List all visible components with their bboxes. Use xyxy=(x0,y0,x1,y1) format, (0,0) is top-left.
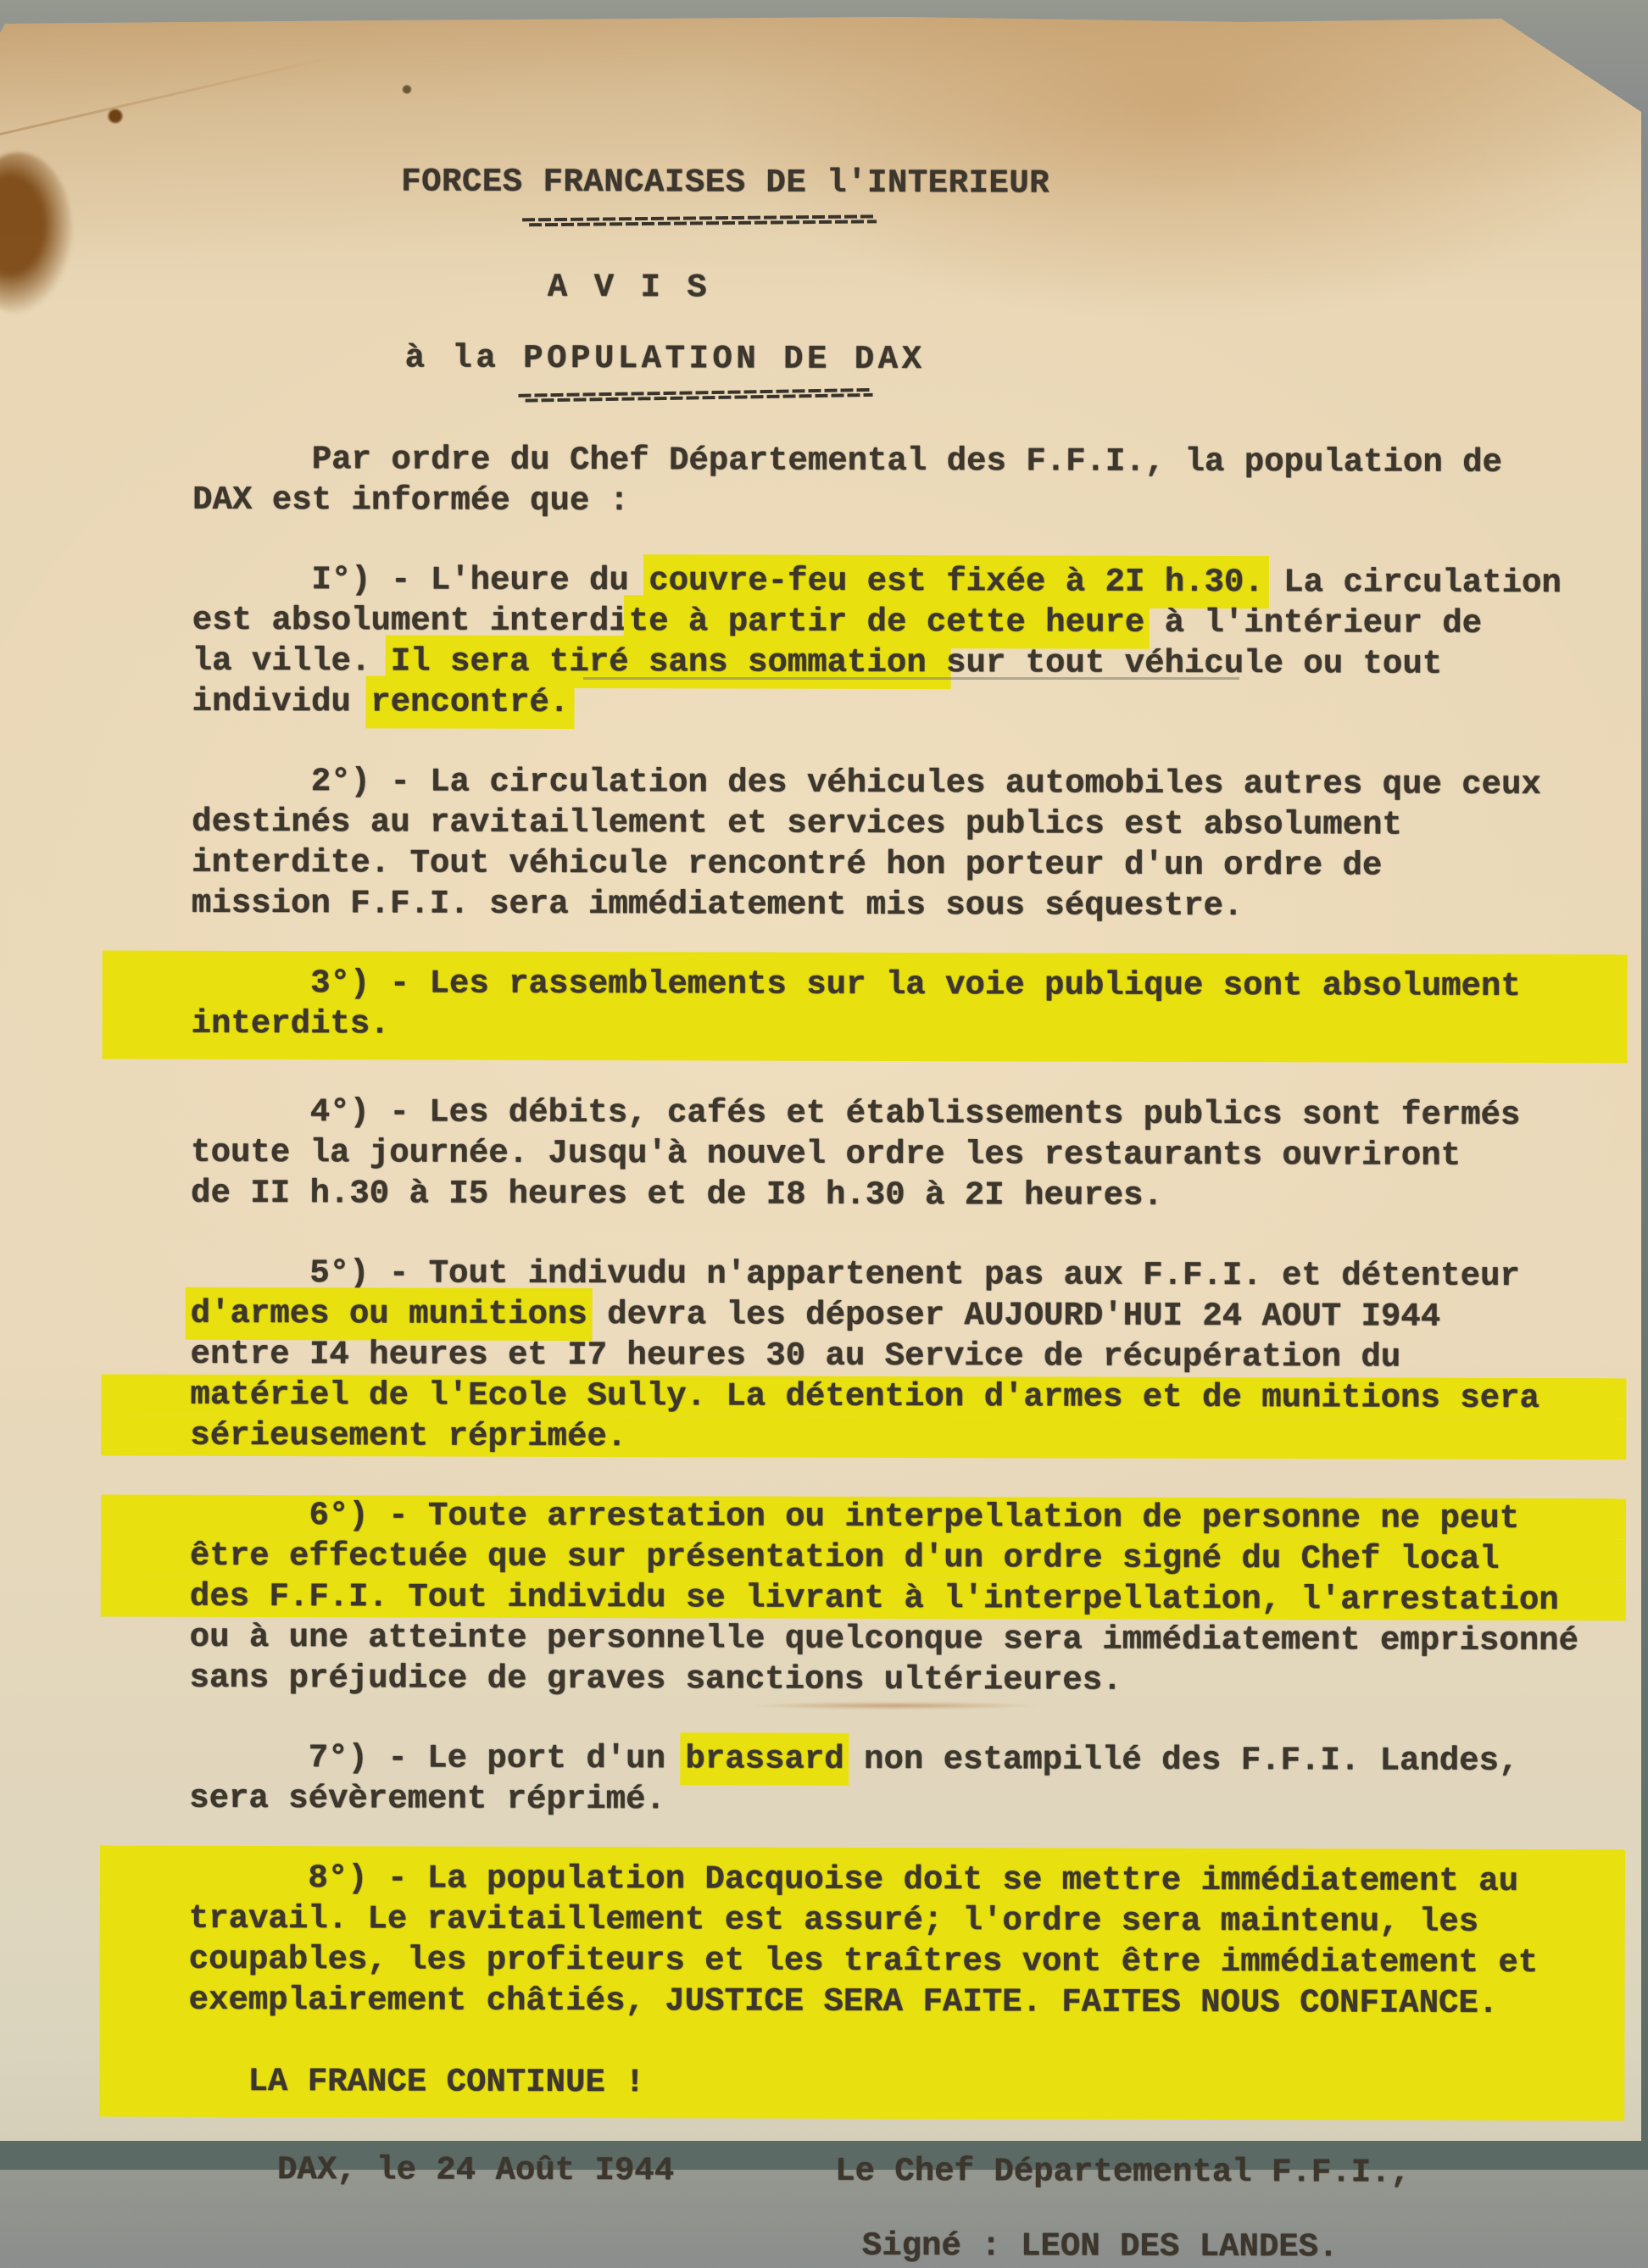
text-segment: La circulation xyxy=(1264,564,1562,602)
text-segment: 2°) - La circulation des véhicules autom… xyxy=(192,763,1541,803)
text-segment: interdits. xyxy=(192,1005,390,1043)
text-segment: travail. Le ravitaillement est assuré; l… xyxy=(189,1900,1478,1941)
notice-title: A V I S xyxy=(548,267,1619,310)
text-segment: I°) - L'heure du xyxy=(192,561,649,599)
smear-artifact xyxy=(746,1702,1043,1709)
text-line: destinés au ravitaillement et services p… xyxy=(192,802,1617,846)
text-segment: sera sévèrement réprimé. xyxy=(189,1780,665,1818)
text-line: travail. Le ravitaillement est assuré; l… xyxy=(189,1898,1615,1943)
text-segment: 4°) - Les débits, cafés et établissement… xyxy=(191,1093,1520,1134)
text-line: coupables, les profiteurs et les traître… xyxy=(189,1939,1615,1983)
text-segment: coupables, les profiteurs et les traître… xyxy=(189,1941,1539,1982)
text-line: 2°) - La circulation des véhicules autom… xyxy=(192,761,1617,805)
text-line: de II h.30 à I5 heures et de I8 h.30 à 2… xyxy=(191,1173,1617,1217)
text-line: sérieusement réprimée. xyxy=(101,1415,1626,1460)
footer-row: DAX, le 24 Août I944 Le Chef Département… xyxy=(188,2149,1614,2170)
intro-paragraph: Par ordre du Chef Départemental des F.F.… xyxy=(192,439,1618,524)
text-segment: est absolument interdi xyxy=(192,602,629,640)
item-4-etablissements: 4°) - Les débits, cafés et établissement… xyxy=(191,1092,1617,1217)
text-segment: des F.F.I. Tout individu se livrant à l'… xyxy=(190,1578,1559,1619)
text-segment: 6°) - Toute arrestation ou interpellatio… xyxy=(190,1497,1519,1537)
text-segment: DAX est informée que : xyxy=(192,481,629,520)
spacer xyxy=(192,398,1618,442)
stain-dot-icon xyxy=(107,108,124,124)
text-line: toute la journée. Jusqu'à nouvel ordre l… xyxy=(191,1132,1617,1176)
text-segment: la ville. xyxy=(192,642,391,681)
text-line: mission F.F.I. sera immédiatement mis so… xyxy=(192,883,1617,927)
typed-rule xyxy=(522,214,877,226)
text-line: 7°) - Le port d'un brassard non estampil… xyxy=(189,1737,1615,1782)
text-segment: destinés au ravitaillement et services p… xyxy=(192,803,1402,844)
item-7-brassard: 7°) - Le port d'un brassard non estampil… xyxy=(189,1737,1615,1822)
text-line: 8°) - La population Dacquoise doit se me… xyxy=(189,1858,1615,1902)
text-segment: être effectuée que sur présentation d'un… xyxy=(190,1537,1500,1578)
text-line: exemplairement châtiés, JUSTICE SERA FAI… xyxy=(189,1980,1615,2024)
text-segment: sans préjudice de graves sanctions ultér… xyxy=(190,1659,1122,1699)
text-line: LA FRANCE CONTINUE ! xyxy=(188,2061,1614,2105)
place-date: DAX, le 24 Août I944 xyxy=(277,2149,674,2170)
text-line: être effectuée que sur présentation d'un… xyxy=(101,1536,1626,1581)
text-segment: mission F.F.I. sera immédiatement mis so… xyxy=(192,885,1244,925)
text-line: entre I4 heures et I7 heures 30 au Servi… xyxy=(191,1334,1617,1378)
text-segment: 3°) - Les rassemblements sur la voie pub… xyxy=(192,964,1521,1005)
item-6-arrestations: 6°) - Toute arrestation ou interpellatio… xyxy=(190,1495,1617,1702)
scratch-artifact xyxy=(583,677,1239,680)
item-5-armes: 5°) - Tout indivudu n'appartenent pas au… xyxy=(190,1253,1617,1459)
text-line: interdits. xyxy=(192,1003,1617,1048)
paragraphs: Par ordre du Chef Départemental des F.F.… xyxy=(188,439,1618,2121)
item-2-circulation: 2°) - La circulation des véhicules autom… xyxy=(192,761,1617,927)
text-line: sera sévèrement réprimé. xyxy=(189,1778,1615,1822)
text-segment: matériel de l'Ecole Sully. La détention … xyxy=(190,1376,1539,1417)
text-line: d'armes ou munitions devra les déposer A… xyxy=(191,1293,1617,1337)
stain-dot-icon xyxy=(402,85,412,94)
text-segment: 7°) - Le port d'un xyxy=(189,1739,685,1778)
item-8-travail: 8°) - La population Dacquoise doit se me… xyxy=(99,1846,1625,2121)
text-line: 4°) - Les débits, cafés et établissement… xyxy=(191,1092,1617,1136)
highlighted-text: brassard xyxy=(680,1732,849,1786)
text-segment: toute la journée. Jusqu'à nouvel ordre l… xyxy=(191,1134,1461,1175)
text-segment: à l'intérieur de xyxy=(1144,604,1482,642)
text-segment: ou à une atteinte personnelle quelconque… xyxy=(190,1619,1578,1659)
text-line: matériel de l'Ecole Sully. La détention … xyxy=(101,1375,1626,1420)
text-line: des F.F.I. Tout individu se livrant à l'… xyxy=(101,1576,1626,1621)
text-segment: de II h.30 à I5 heures et de I8 h.30 à 2… xyxy=(191,1175,1163,1215)
text-segment: interdite. Tout véhicule rencontré hon p… xyxy=(192,844,1382,885)
text-line: DAX est informée que : xyxy=(192,480,1618,524)
highlighted-text: rencontré. xyxy=(365,675,574,729)
text-segment: exemplairement châtiés, JUSTICE SERA FAI… xyxy=(189,1982,1499,2022)
text-line: 6°) - Toute arrestation ou interpellatio… xyxy=(101,1495,1626,1540)
paper-crease xyxy=(0,53,344,146)
ink-stain-icon xyxy=(0,153,73,314)
item-3-rassemblements: 3°) - Les rassemblements sur la voie pub… xyxy=(102,951,1627,1064)
highlighted-text: d'armes ou munitions xyxy=(186,1287,593,1341)
addressee-line: à la POPULATION DE DAX xyxy=(405,337,1619,381)
text-line xyxy=(188,2021,1614,2065)
text-line: interdite. Tout véhicule rencontré hon p… xyxy=(192,842,1617,887)
footer: DAX, le 24 Août I944 Le Chef Département… xyxy=(188,2149,1614,2170)
signature-title: Le Chef Départemental F.F.I., xyxy=(835,2151,1411,2170)
text-line: ou à une atteinte personnelle quelconque… xyxy=(190,1617,1616,1661)
text-segment: individu xyxy=(192,683,371,721)
text-segment: LA FRANCE CONTINUE ! xyxy=(188,2063,644,2101)
text-segment: non estampillé des F.F.I. Landes, xyxy=(844,1741,1519,1780)
text-segment: sérieusement réprimée. xyxy=(190,1417,626,1455)
text-segment: entre I4 heures et I7 heures 30 au Servi… xyxy=(191,1336,1401,1376)
item-1-couvre-feu: I°) - L'heure du couvre-feu est fixée à … xyxy=(192,559,1618,725)
document-text: FORCES FRANCAISES DE l'INTERIEUR A V I S… xyxy=(188,161,1619,2170)
text-line: Par ordre du Chef Départemental des F.F.… xyxy=(192,439,1618,483)
text-segment: 8°) - La population Dacquoise doit se me… xyxy=(189,1859,1518,1900)
text-segment: Par ordre du Chef Départemental des F.F.… xyxy=(192,441,1502,481)
text-line: sans préjudice de graves sanctions ultér… xyxy=(190,1658,1616,1702)
organization-title: FORCES FRANCAISES DE l'INTERIEUR xyxy=(401,161,1619,205)
text-line: 3°) - Les rassemblements sur la voie pub… xyxy=(192,963,1617,1007)
text-segment: devra les déposer AUJOURD'HUI 24 AOUT I9… xyxy=(587,1296,1440,1336)
